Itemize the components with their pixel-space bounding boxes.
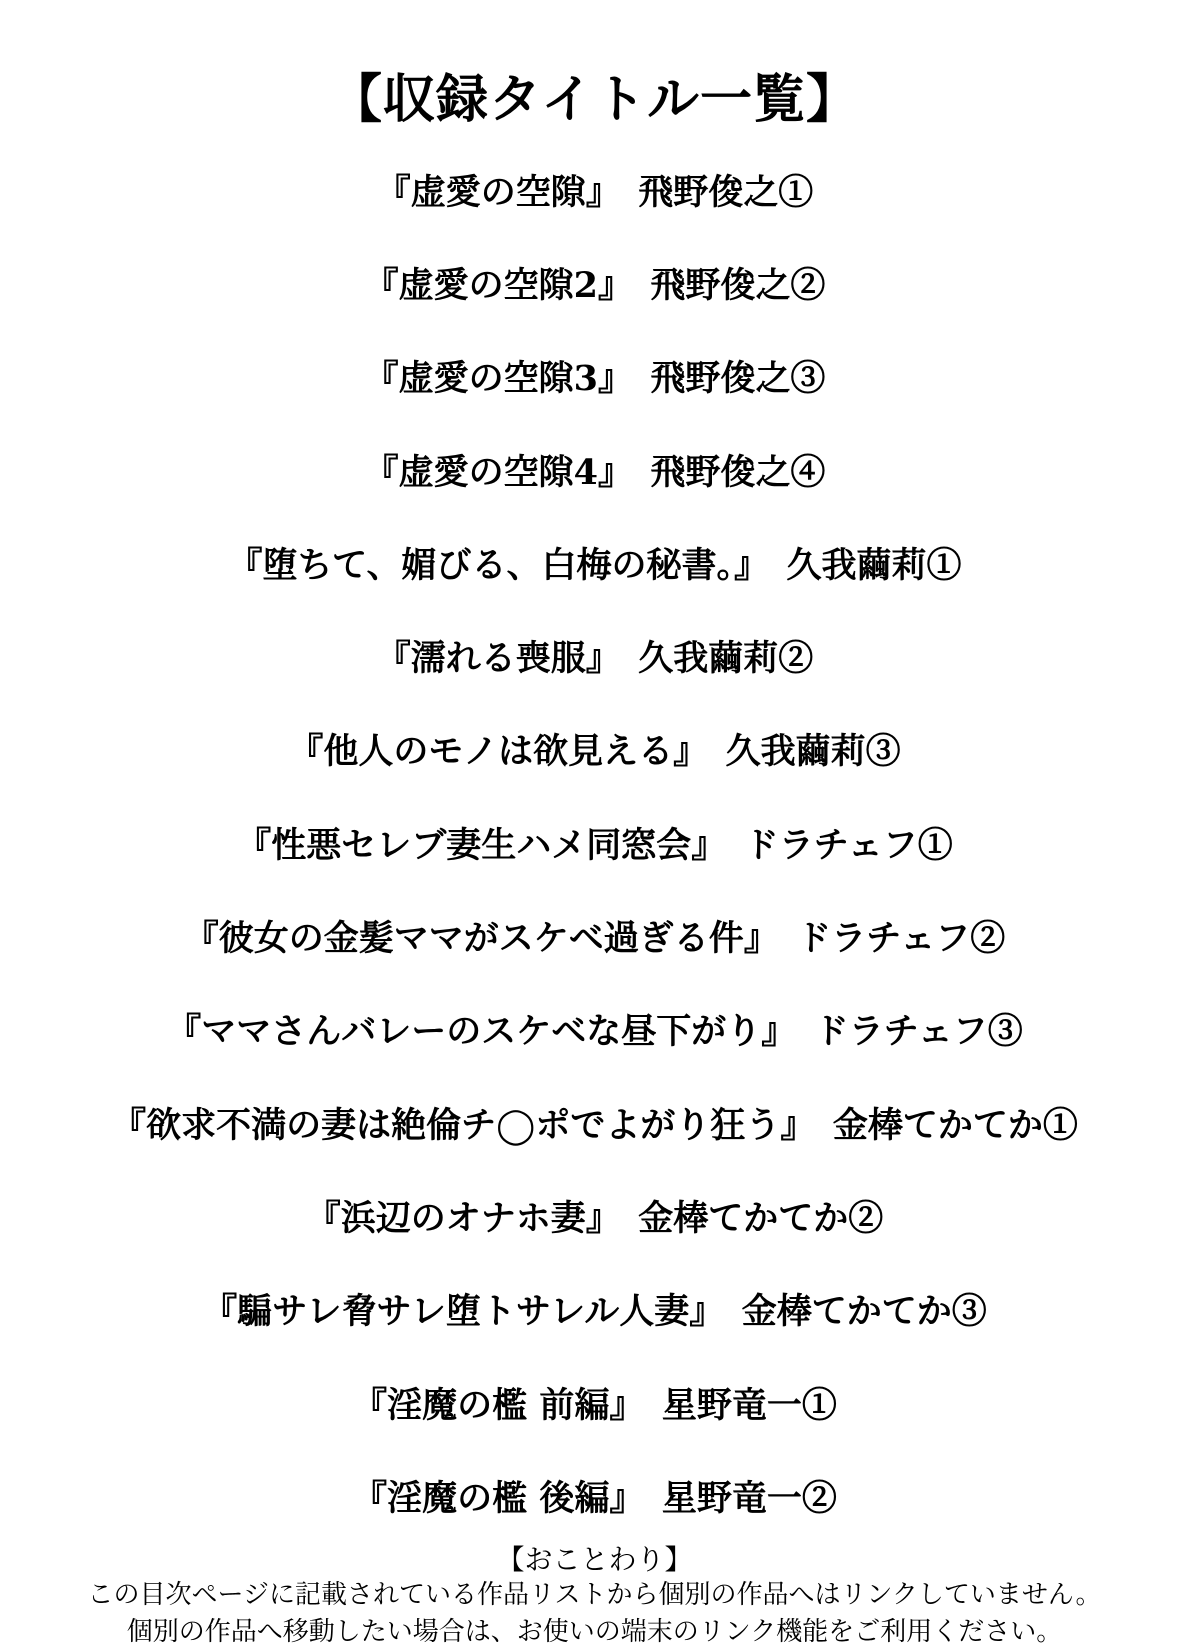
notice-line-1: この目次ページに記載されている作品リストから個別の作品へはリンクしていません。	[0, 1577, 1189, 1614]
toc-page: 【収録タイトル一覧】 『虚愛の空隙』 飛野俊之①『虚愛の空隙2』 飛野俊之②『虚…	[0, 0, 1189, 1646]
toc-entry: 『性悪セレブ妻生ハメ同窓会』 ドラチェフ①	[0, 796, 1189, 889]
toc-entry: 『虚愛の空隙2』 飛野俊之②	[0, 236, 1189, 329]
notice-line-2: 個別の作品へ移動したい場合は、お使いの端末のリンク機能をご利用ください。	[0, 1614, 1189, 1646]
toc-entry: 『虚愛の空隙4』 飛野俊之④	[0, 423, 1189, 516]
toc-entry: 『騙サレ脅サレ堕トサレル人妻』 金棒てかてか③	[0, 1263, 1189, 1356]
toc-entry: 『濡れる喪服』 久我繭莉②	[0, 609, 1189, 702]
toc-entry: 『他人のモノは欲見える』 久我繭莉③	[0, 703, 1189, 796]
toc-entry: 『ママさんバレーのスケベな昼下がり』 ドラチェフ③	[0, 983, 1189, 1076]
notice-heading: 【おことわり】	[0, 1543, 1189, 1577]
toc-entry: 『浜辺のオナホ妻』 金棒てかてか②	[0, 1169, 1189, 1262]
notice-section: 【おことわり】 この目次ページに記載されている作品リストから個別の作品へはリンク…	[0, 1543, 1189, 1646]
toc-entry: 『虚愛の空隙3』 飛野俊之③	[0, 330, 1189, 423]
toc-entry: 『堕ちて、媚びる、白梅の秘書。』 久我繭莉①	[0, 516, 1189, 609]
toc-entry: 『彼女の金髪ママがスケベ過ぎる件』 ドラチェフ②	[0, 889, 1189, 982]
toc-entry: 『淫魔の檻 前編』 星野竜一①	[0, 1356, 1189, 1449]
toc-entry: 『虚愛の空隙』 飛野俊之①	[0, 143, 1189, 236]
toc-entry: 『淫魔の檻 後編』 星野竜一②	[0, 1449, 1189, 1542]
toc-entry: 『欲求不満の妻は絶倫チ◯ポでよがり狂う』 金棒てかてか①	[0, 1076, 1189, 1169]
title-list: 『虚愛の空隙』 飛野俊之①『虚愛の空隙2』 飛野俊之②『虚愛の空隙3』 飛野俊之…	[0, 143, 1189, 1542]
page-title: 【収録タイトル一覧】	[0, 72, 1189, 128]
